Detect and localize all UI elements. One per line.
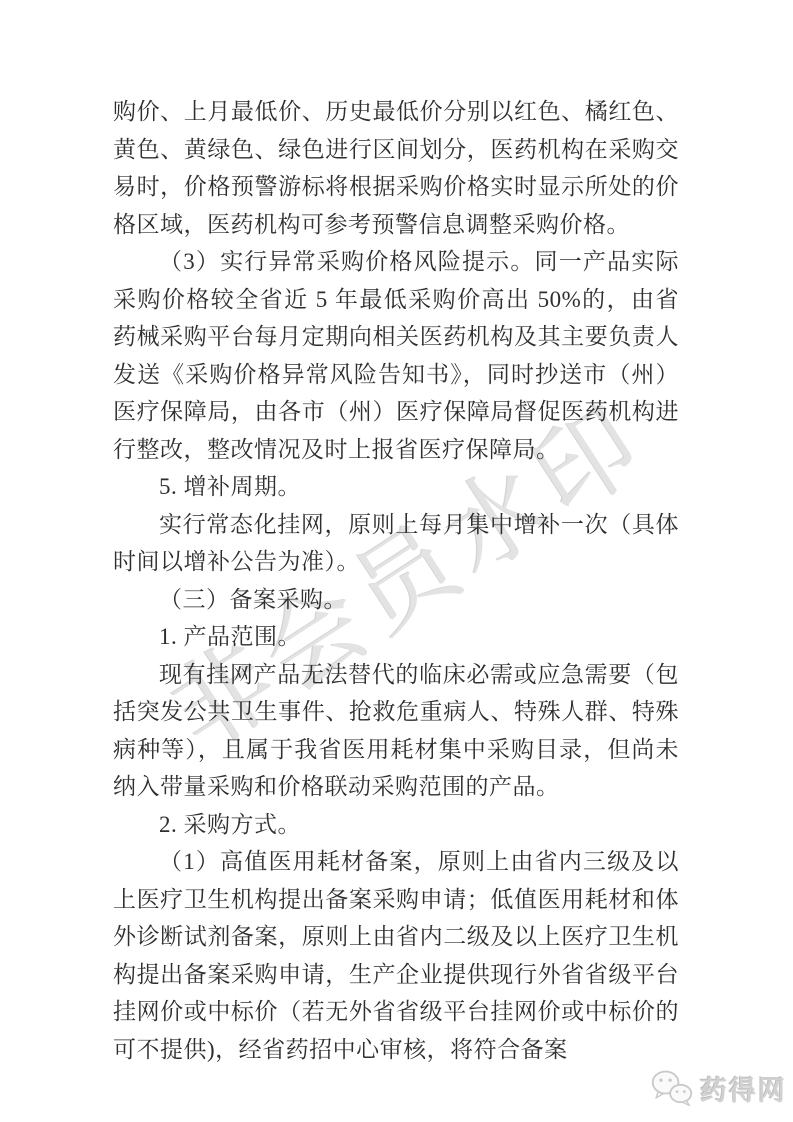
- paragraph: （3）实行异常采购价格风险提示。同一产品实际采购价格较全省近 5 年最低采购价高…: [113, 243, 679, 468]
- wechat-icon: [650, 1068, 694, 1108]
- paragraph: （三）备案采购。: [113, 581, 679, 619]
- paragraph: 实行常态化挂网，原则上每月集中增补一次（具体时间以增补公告为准）。: [113, 506, 679, 581]
- footer-brand: 药得网: [650, 1068, 787, 1108]
- paragraph: 2. 采购方式。: [113, 806, 679, 844]
- footer-brand-text: 药得网: [700, 1069, 787, 1108]
- paragraph: 1. 产品范围。: [113, 618, 679, 656]
- paragraph: 现有挂网产品无法替代的临床必需或应急需要（包括突发公共卫生事件、抢救危重病人、特…: [113, 656, 679, 806]
- paragraph: （1）高值医用耗材备案，原则上由省内三级及以上医疗卫生机构提出备案采购申请；低值…: [113, 843, 679, 1068]
- document-page: 非会员水印 购价、上月最低价、历史最低价分别以红色、橘红色、黄色、黄绿色、绿色进…: [0, 0, 793, 1122]
- document-body: 购价、上月最低价、历史最低价分别以红色、橘红色、黄色、黄绿色、绿色进行区间划分，…: [113, 93, 679, 1068]
- paragraph: 5. 增补周期。: [113, 468, 679, 506]
- paragraph: 购价、上月最低价、历史最低价分别以红色、橘红色、黄色、黄绿色、绿色进行区间划分，…: [113, 93, 679, 243]
